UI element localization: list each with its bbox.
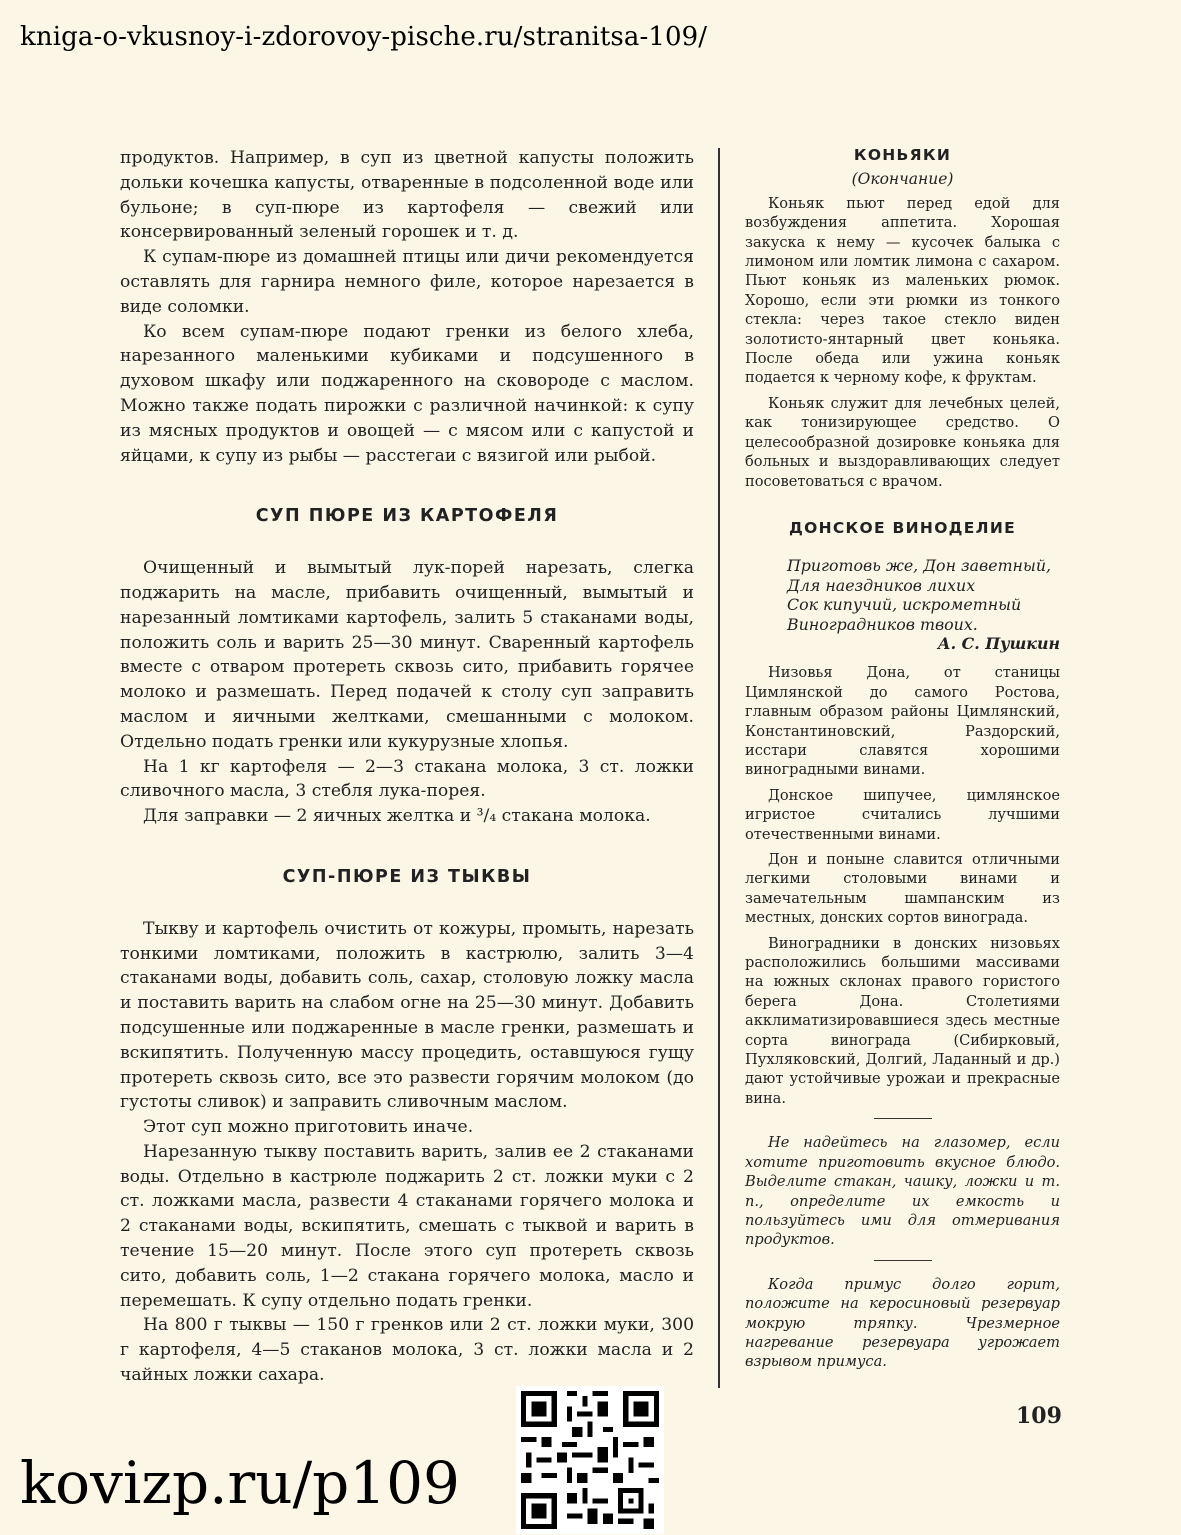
paragraph: Дон и поныне славится отличными легкими … [745, 850, 1060, 928]
paragraph: Донское шипучее, цимлянское игристое счи… [745, 786, 1060, 844]
left-column: продуктов. Например, в суп из цветной ка… [120, 146, 694, 1388]
paragraph: Низовья Дона, от станицы Цимлянской до с… [745, 663, 1060, 779]
column-divider [718, 148, 720, 1388]
qr-code-icon [516, 1386, 664, 1534]
page-url-header: kniga-o-vkusnoy-i-zdorovoy-pische.ru/str… [20, 22, 707, 52]
paragraph: Виноградники в донских низовьях располож… [745, 934, 1060, 1109]
page-number: 109 [1016, 1403, 1062, 1429]
paragraph: Нарезанную тыкву поставить варить, залив… [120, 1140, 694, 1314]
divider [874, 1118, 932, 1119]
short-url: kovizp.ru/p109 [20, 1449, 460, 1517]
poem-line: Сок кипучий, искрометный [787, 595, 1060, 614]
tip-note: Когда примус долго горит, положите на ке… [745, 1275, 1060, 1372]
paragraph: На 1 кг картофеля — 2—3 стакана молока, … [120, 755, 694, 805]
tip-text: Не надейтесь на глазомер, если хотите пр… [745, 1133, 1060, 1249]
paragraph: Очищенный и вымытый лук-порей нарезать, … [120, 556, 694, 754]
section-title-pumpkin-soup: СУП-ПЮРЕ ИЗ ТЫКВЫ [120, 865, 694, 890]
divider [874, 1260, 932, 1261]
section-title-don-winemaking: ДОНСКОЕ ВИНОДЕЛИЕ [745, 519, 1060, 538]
section-subtitle: (Окончание) [745, 170, 1060, 189]
paragraph: Для заправки — 2 яичных желтка и ³/₄ ста… [120, 804, 694, 829]
section-title-potato-soup: СУП ПЮРЕ ИЗ КАРТОФЕЛЯ [120, 504, 694, 529]
poem-author: А. С. Пушкин [787, 634, 1060, 653]
right-column: КОНЬЯКИ (Окончание) Коньяк пьют перед ед… [745, 146, 1060, 1372]
section-title-cognac: КОНЬЯКИ [745, 146, 1060, 165]
paragraph: Тыкву и картофель очистить от кожуры, пр… [120, 917, 694, 1115]
poem-line: Виноградников твоих. [787, 615, 1060, 634]
tip-text: Когда примус долго горит, положите на ке… [745, 1275, 1060, 1372]
epigraph-poem: Приготовь же, Дон заветный, Для наездник… [787, 556, 1060, 653]
paragraph: продуктов. Например, в суп из цветной ка… [120, 146, 694, 245]
paragraph: Этот суп можно приготовить иначе. [120, 1115, 694, 1140]
paragraph: К супам-пюре из домашней птицы или дичи … [120, 245, 694, 319]
poem-line: Приготовь же, Дон заветный, [787, 556, 1060, 575]
poem-line: Для наездников лихих [787, 576, 1060, 595]
paragraph: Ко всем супам-пюре подают гренки из бело… [120, 320, 694, 469]
paragraph: Коньяк служит для лечебных целей, как то… [745, 394, 1060, 491]
paragraph: Коньяк пьют перед едой для возбуждения а… [745, 194, 1060, 388]
tip-note: Не надейтесь на глазомер, если хотите пр… [745, 1133, 1060, 1249]
paragraph: На 800 г тыквы — 150 г гренков или 2 ст.… [120, 1313, 694, 1387]
